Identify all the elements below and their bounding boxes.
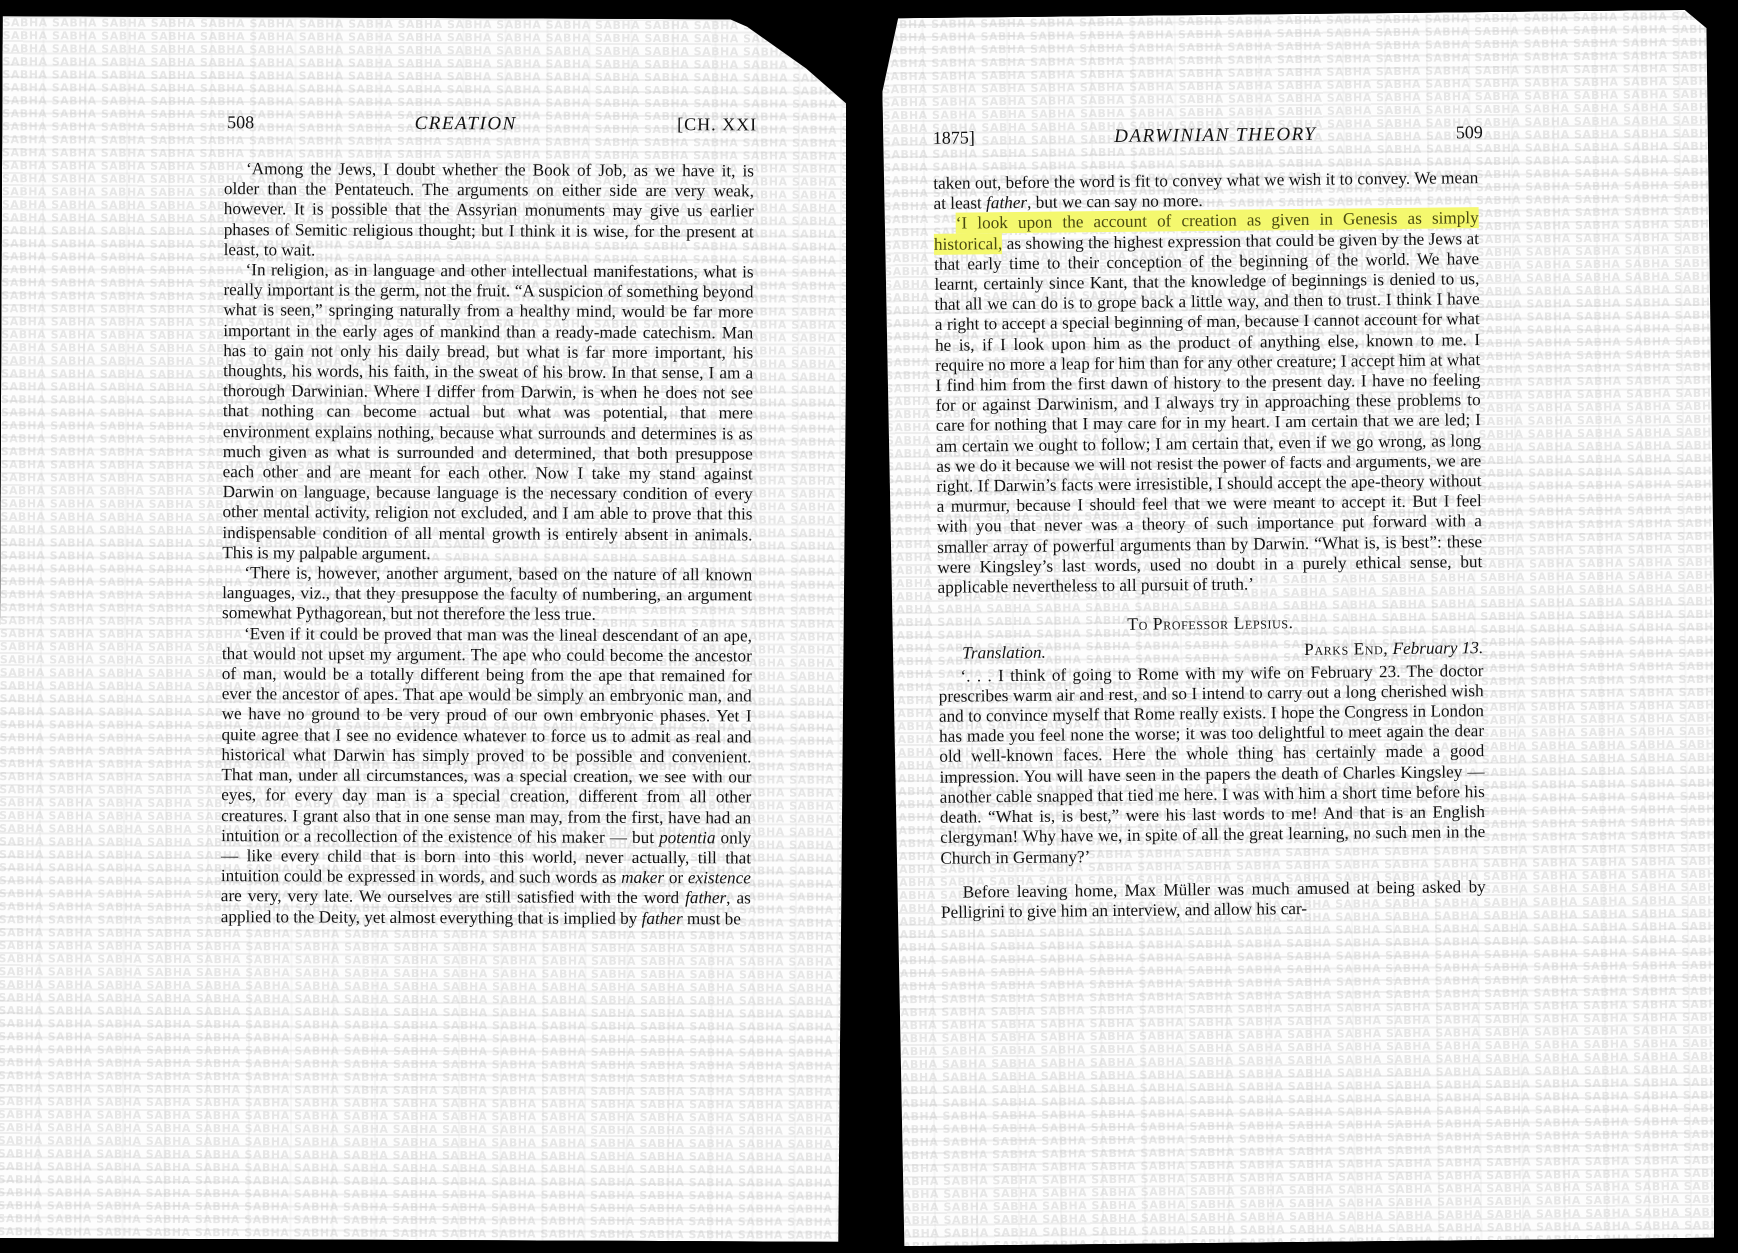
right-running-head: 1875] DARWINIAN THEORY 509 bbox=[933, 122, 1483, 150]
italic-term: maker bbox=[621, 868, 664, 887]
italic-term: father bbox=[642, 908, 683, 927]
right-page-number: 509 bbox=[1456, 122, 1483, 143]
continuation-paragraph: taken out, before the word is fit to con… bbox=[933, 168, 1478, 214]
paragraph: ‘There is, however, another argument, ba… bbox=[222, 563, 752, 626]
closing-paragraph: Before leaving home, Max Müller was much… bbox=[941, 877, 1486, 923]
letter-dateline: Translation. Parks End, February 13. bbox=[938, 639, 1483, 665]
dateline-value: Parks End, February 13. bbox=[1304, 639, 1483, 661]
left-page: SABHA SABHA SABHA SABHA SABHA SABHA SABH… bbox=[0, 16, 849, 1242]
left-running-head: 508 CREATION [CH. XXI bbox=[227, 112, 757, 136]
book-spine-shadow bbox=[846, 0, 890, 1253]
scan-right-edge bbox=[1714, 0, 1738, 1253]
translation-label: Translation. bbox=[962, 643, 1046, 664]
left-running-title: CREATION bbox=[415, 113, 517, 135]
letter-heading: To Professor Lepsius. bbox=[938, 610, 1483, 636]
right-page: SABHA SABHA SABHA SABHA SABHA SABHA SABH… bbox=[882, 10, 1723, 1247]
right-running-title: DARWINIAN THEORY bbox=[1114, 124, 1316, 148]
italic-term: potentia bbox=[659, 828, 715, 847]
dateline-place: Parks End, bbox=[1304, 640, 1388, 660]
right-body-text: taken out, before the word is fit to con… bbox=[933, 168, 1486, 923]
year-reference: 1875] bbox=[933, 127, 975, 148]
chapter-reference: [CH. XXI bbox=[677, 114, 757, 135]
italic-term: existence bbox=[688, 868, 751, 887]
left-body-text: ‘Among the Jews, I doubt whether the Boo… bbox=[221, 159, 754, 929]
paragraph: ‘Among the Jews, I doubt whether the Boo… bbox=[224, 159, 754, 262]
dateline-date: February 13. bbox=[1392, 639, 1483, 659]
highlighted-paragraph: ‘I look upon the account of creation as … bbox=[934, 209, 1483, 599]
italic-term: father bbox=[986, 193, 1027, 212]
paragraph: ‘In religion, as in language and other i… bbox=[222, 260, 753, 565]
italic-term: father bbox=[685, 888, 726, 907]
letter-body: ‘. . . I think of going to Rome with my … bbox=[938, 661, 1485, 869]
left-page-number: 508 bbox=[227, 112, 254, 133]
paragraph: ‘Even if it could be proved that man was… bbox=[221, 624, 752, 929]
